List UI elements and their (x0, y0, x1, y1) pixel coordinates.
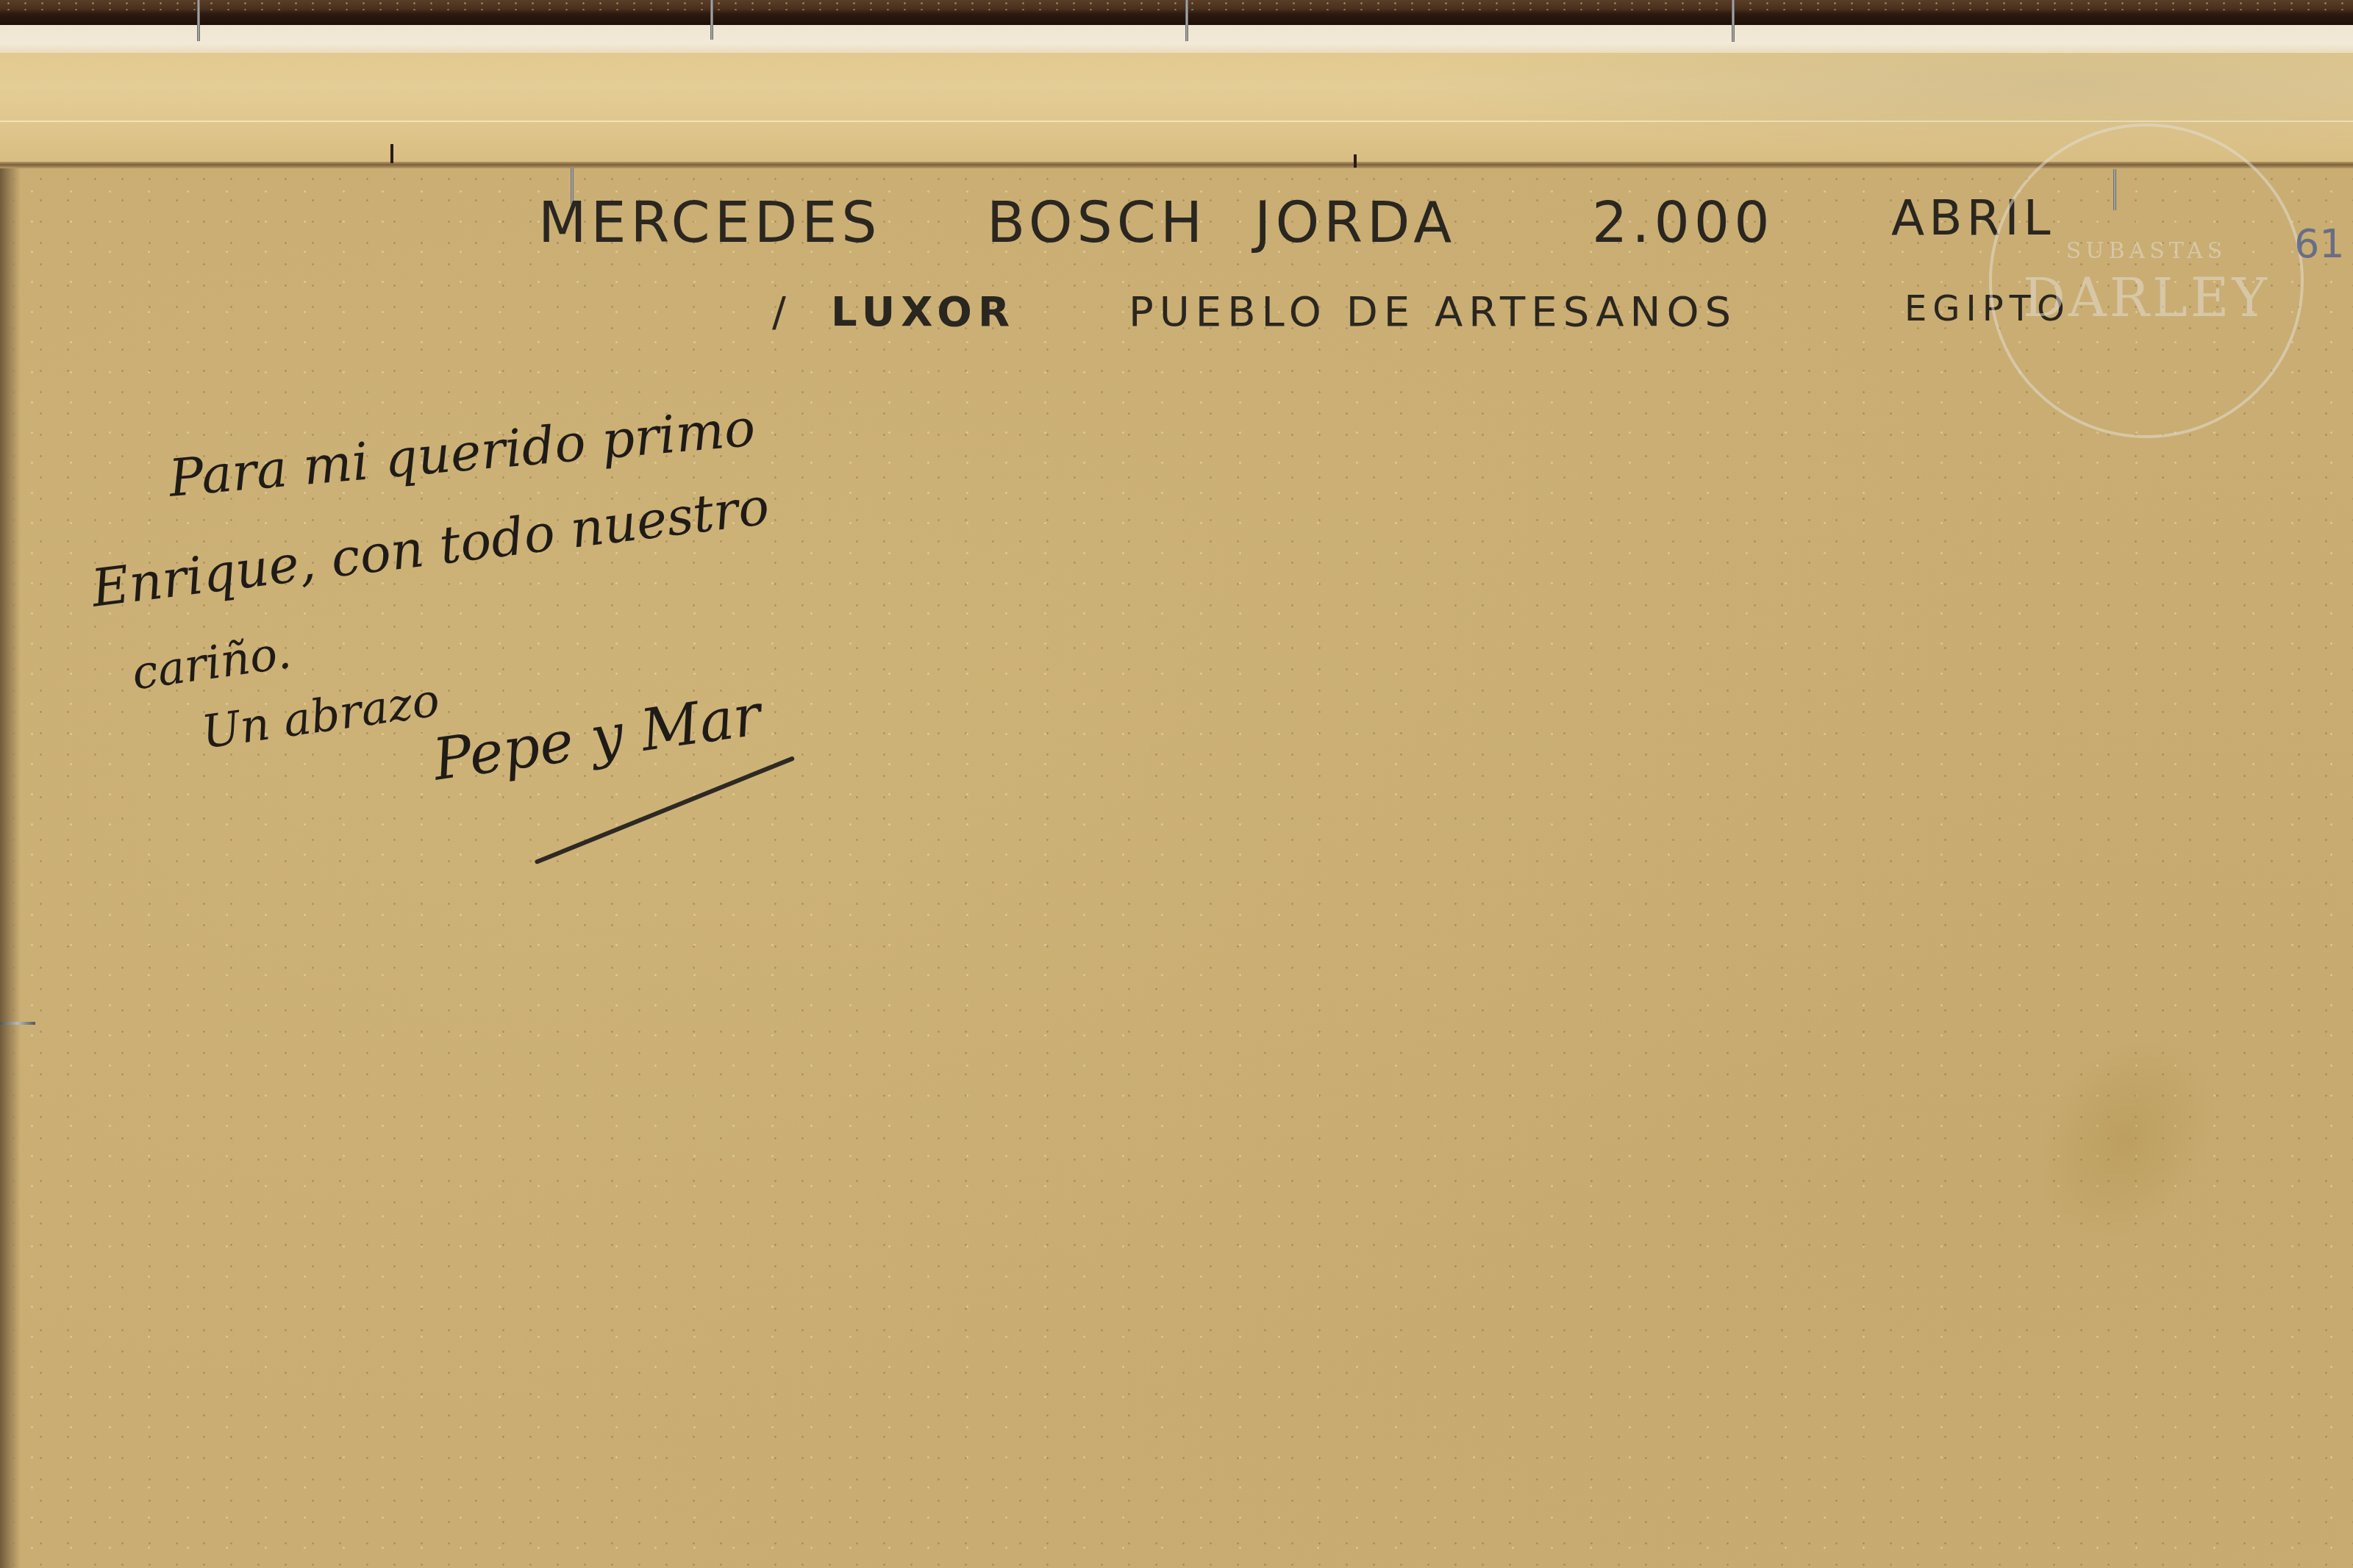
stretcher-edge (0, 162, 2353, 168)
staple-icon (1354, 154, 1357, 168)
nail-icon (1732, 0, 1735, 42)
inscription-artist-second-last: JORDA (1254, 190, 1456, 255)
nail-icon (710, 0, 713, 40)
inscription-place: LUXOR (831, 288, 1015, 336)
frame-top-wood (0, 0, 2353, 25)
wooden-stretcher-strip (0, 53, 2353, 163)
pencil-lot-number: 61 (2294, 221, 2345, 267)
inscription-artist-first: MERCEDES (538, 190, 881, 255)
hardboard-backing (0, 168, 2353, 1568)
inscription-artist-last: BOSCH (987, 190, 1207, 255)
inscription-title: PUEBLO DE ARTESANOS (1129, 288, 1737, 336)
inscription-slash: / (772, 288, 792, 336)
watermark-top-text: SUBASTAS (2066, 238, 2227, 264)
paper-tape-band (0, 25, 2353, 56)
staple-icon (390, 144, 393, 163)
nail-icon (0, 1022, 35, 1025)
auction-watermark: SUBASTAS DARLEY (1989, 123, 2304, 438)
left-frame-shadow (0, 168, 21, 1568)
nail-icon (197, 0, 200, 41)
watermark-main-text: DARLEY (2023, 271, 2270, 324)
artwork-back-photo: MERCEDES BOSCH JORDA 2.000 ABRIL / LUXOR… (0, 0, 2353, 1568)
nail-icon (1185, 0, 1188, 41)
inscription-year: 2.000 (1592, 190, 1774, 255)
